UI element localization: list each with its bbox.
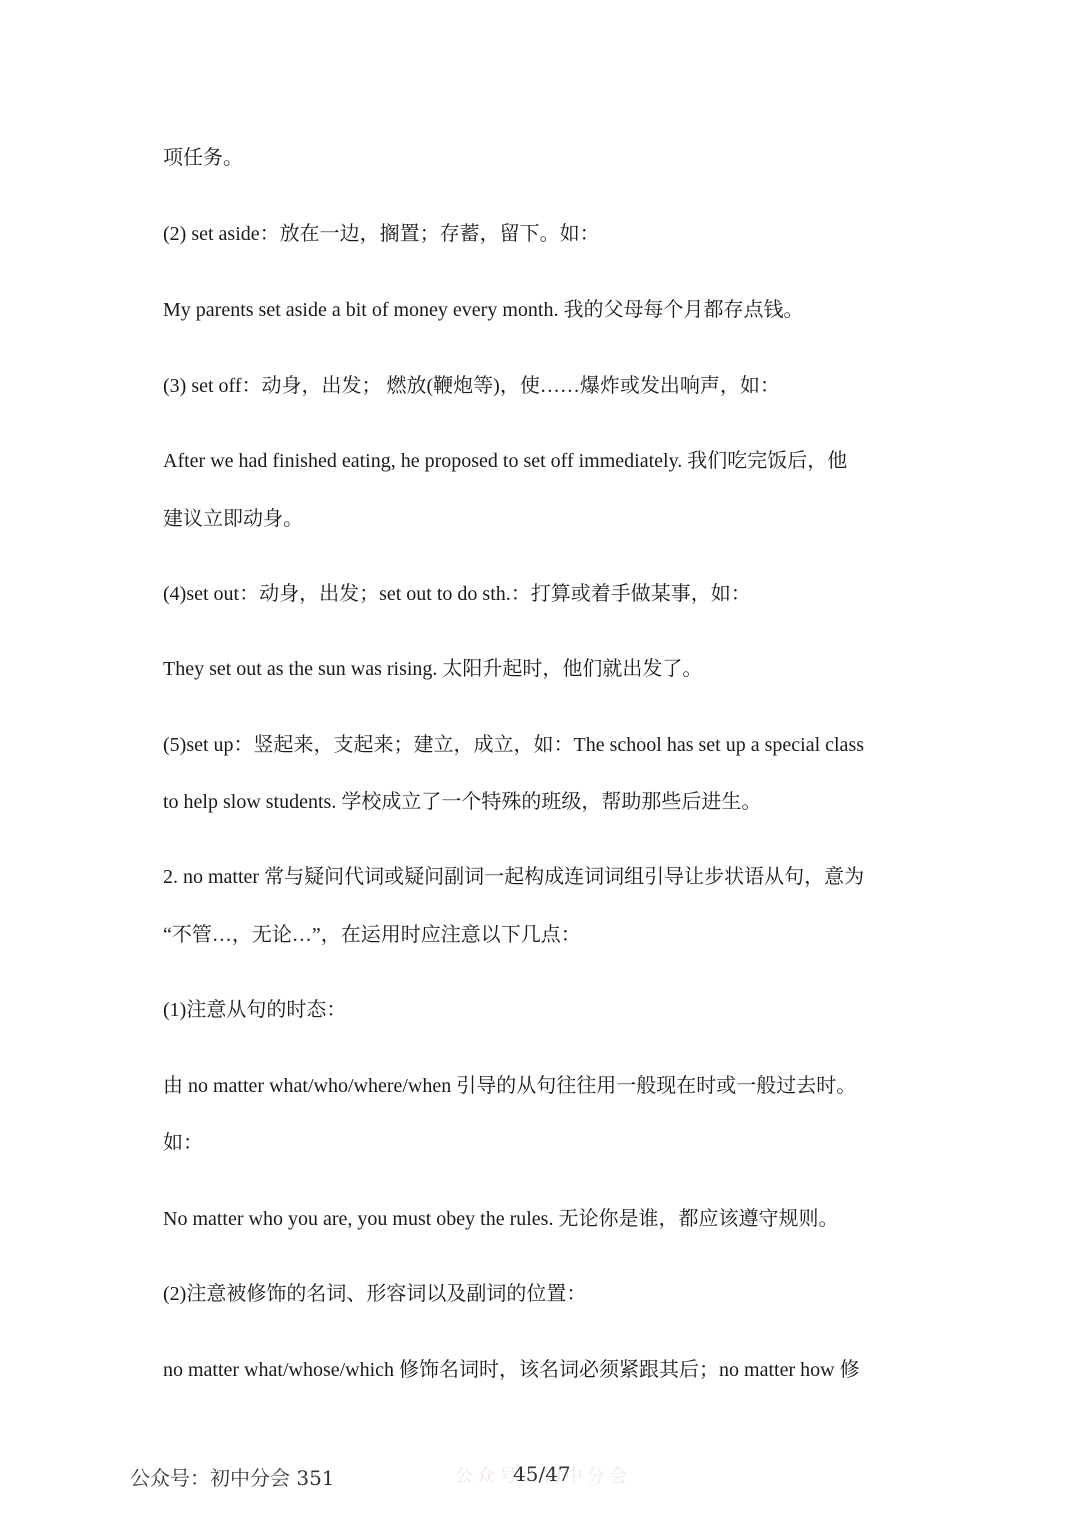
footer-source: 公众号：初中分会 351 <box>130 1462 335 1491</box>
text-line: They set out as the sun was rising. 太阳升起… <box>163 655 702 683</box>
text-line: 项任务。 <box>163 144 243 172</box>
text-line: (2)注意被修饰的名词、形容词以及副词的位置： <box>163 1280 586 1308</box>
text-line: to help slow students. 学校成立了一个特殊的班级，帮助那些… <box>163 788 761 816</box>
text-line: (4)set out：动身，出发；set out to do sth.：打算或着… <box>163 580 751 608</box>
text-line: No matter who you are, you must obey the… <box>163 1205 838 1233</box>
text-line: After we had finished eating, he propose… <box>163 447 847 475</box>
text-line: 如： <box>163 1129 203 1157</box>
page-number: 45/47 <box>513 1462 571 1486</box>
text-line: 建议立即动身。 <box>163 505 303 533</box>
text-line: (5)set up：竖起来，支起来；建立，成立，如：The school has… <box>163 731 864 759</box>
text-line: 2. no matter 常与疑问代词或疑问副词一起构成连词词组引导让步状语从句… <box>163 863 864 891</box>
text-line: My parents set aside a bit of money ever… <box>163 296 803 324</box>
text-line: (3) set off：动身，出发； 燃放(鞭炮等)，使……爆炸或发出响声，如： <box>163 372 780 400</box>
text-line: (2) set aside：放在一边，搁置；存蓄，留下。如： <box>163 220 600 248</box>
text-line: “不管…，无论…”，在运用时应注意以下几点： <box>163 921 581 949</box>
text-line: no matter what/whose/which 修饰名词时，该名词必须紧跟… <box>163 1356 860 1384</box>
text-line: (1)注意从句的时态： <box>163 996 346 1024</box>
text-line: 由 no matter what/who/where/when 引导的从句往往用… <box>163 1072 856 1100</box>
